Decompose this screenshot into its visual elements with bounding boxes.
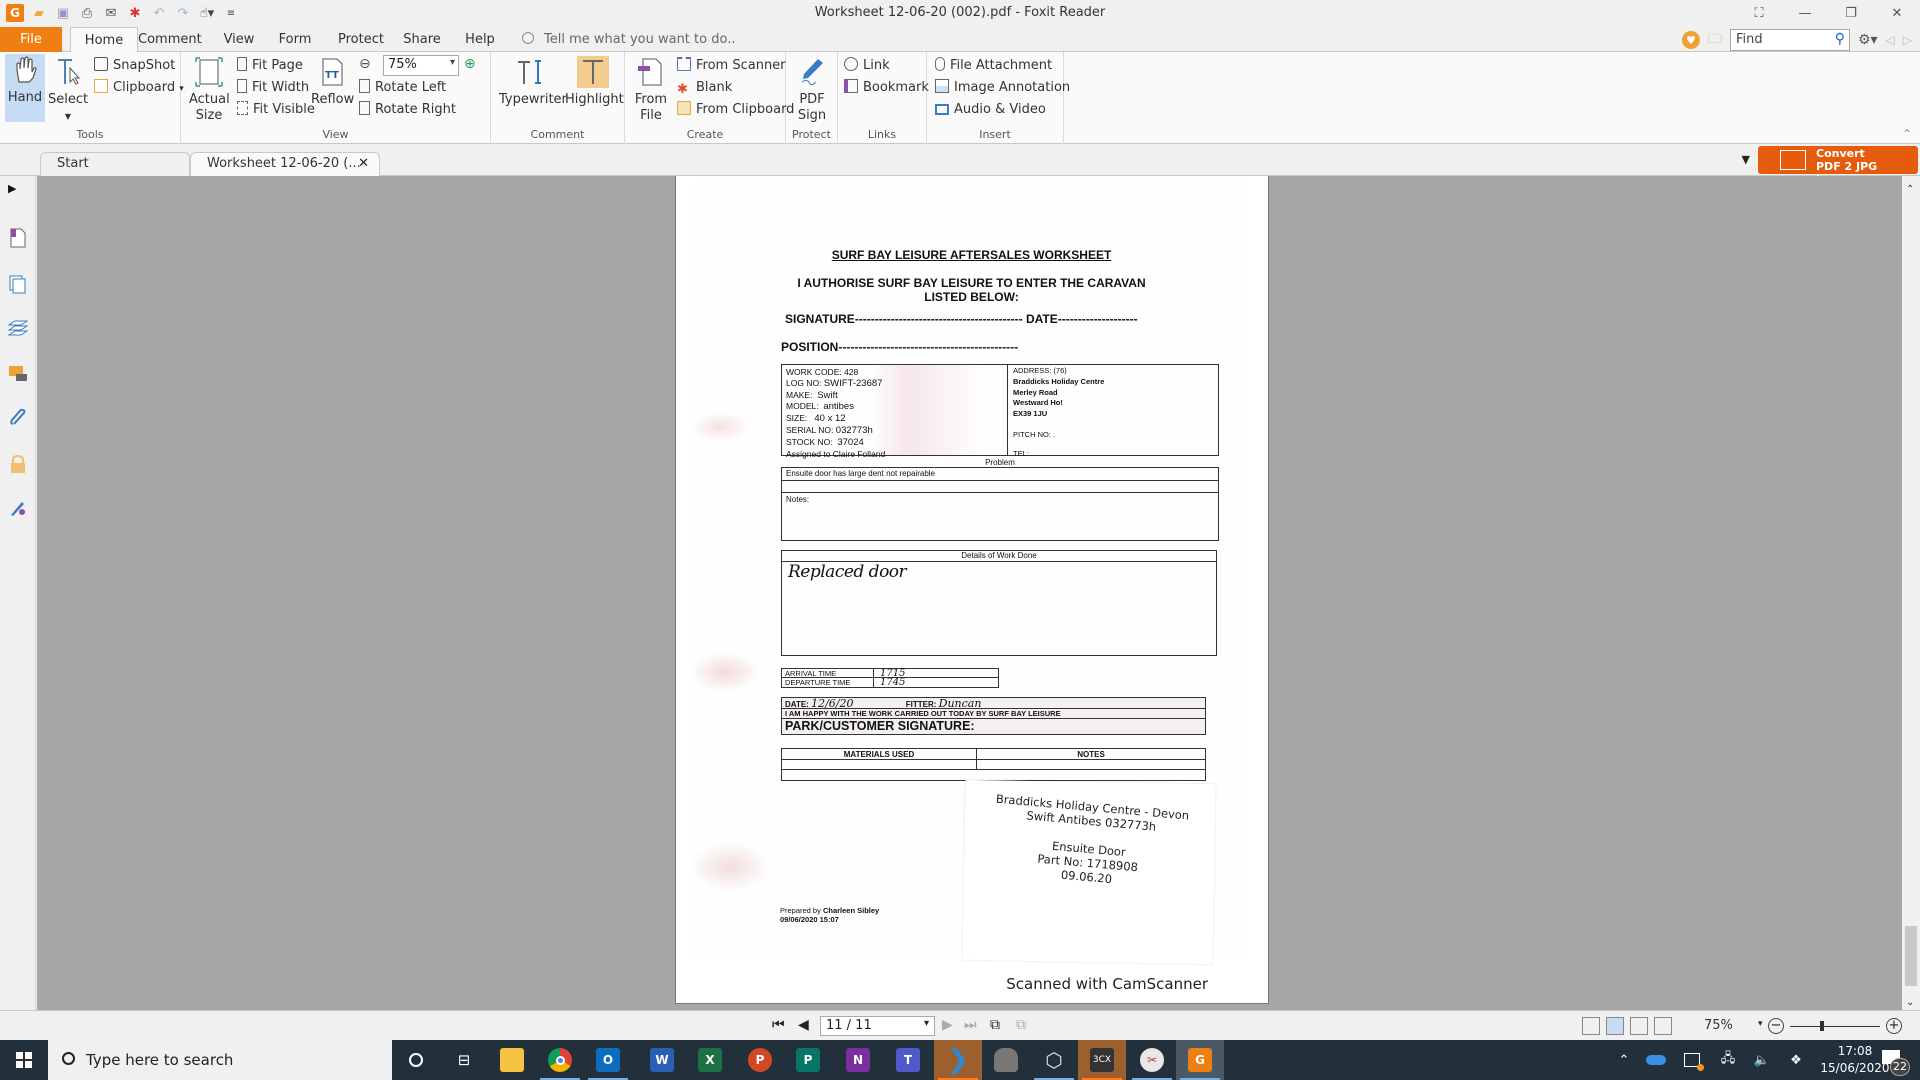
group-label-links: Links bbox=[838, 128, 926, 141]
zoom-dropdown-icon[interactable]: ▾ bbox=[1758, 1019, 1763, 1029]
tab-home[interactable]: Home bbox=[70, 27, 138, 53]
zoom-slider[interactable] bbox=[1790, 1026, 1880, 1027]
outlook-icon[interactable]: O bbox=[584, 1040, 632, 1080]
tab-worksheet-label: Worksheet 12-06-20 (... bbox=[207, 156, 361, 171]
lightbulb-icon bbox=[522, 32, 534, 44]
tell-me-search[interactable]: Tell me what you want to do.. bbox=[522, 27, 735, 52]
address-line: Westward Ho! bbox=[1013, 398, 1215, 409]
tab-start-label: Start bbox=[57, 156, 89, 171]
size: SIZE: 40 x 12 bbox=[786, 413, 1003, 425]
materials-header: MATERIALS USED bbox=[782, 749, 977, 759]
from-file-icon bbox=[635, 56, 667, 88]
group-label-insert: Insert bbox=[927, 128, 1063, 141]
hand-label: Hand bbox=[8, 90, 42, 105]
date-fitter-row: DATE: 12/6/20 FITTER: Duncan bbox=[782, 698, 1205, 709]
departure-value: 1745 bbox=[874, 678, 905, 687]
action-center-button[interactable]: 22 bbox=[1880, 1048, 1904, 1072]
fit-width-icon bbox=[237, 79, 247, 93]
typewriter-label: Typewriter bbox=[499, 92, 567, 107]
previous-view-icon[interactable]: ⧉ bbox=[990, 1017, 1000, 1033]
group-create: FromFile From Scanner ✱Blank From Clipbo… bbox=[625, 52, 786, 144]
sync-status-icon[interactable] bbox=[1676, 1040, 1708, 1080]
select-label: Select bbox=[48, 92, 88, 107]
departure-label: DEPARTURE TIME bbox=[782, 678, 874, 687]
zoom-in-icon[interactable]: ⊕ bbox=[464, 56, 476, 72]
rotate-left-label: Rotate Left bbox=[375, 80, 446, 95]
network-icon[interactable]: 🖧 bbox=[1712, 1040, 1744, 1080]
address-details: ADDRESS: (76) Braddicks Holiday Centre M… bbox=[1009, 365, 1219, 455]
tab-form[interactable]: Form bbox=[276, 27, 314, 52]
preparer-name: Charleen Sibley bbox=[823, 906, 879, 915]
from-clipboard-icon bbox=[677, 101, 691, 115]
window-title: Worksheet 12-06-20 (002).pdf - Foxit Rea… bbox=[0, 5, 1920, 20]
tab-comment[interactable]: Comment bbox=[138, 27, 200, 52]
film-icon bbox=[935, 104, 949, 115]
clipboard-label: Clipboard bbox=[113, 80, 175, 95]
blank-button[interactable]: ✱Blank bbox=[677, 78, 732, 98]
taskbar-search-placeholder: Type here to search bbox=[86, 1051, 233, 1069]
from-scanner-button[interactable]: From Scanner bbox=[677, 56, 786, 76]
address-label: ADDRESS: (76) bbox=[1013, 366, 1215, 377]
scroll-down-icon[interactable]: ⌄ bbox=[1906, 997, 1914, 1008]
log-no: LOG NO: SWIFT-23687 bbox=[786, 378, 1003, 390]
teams-icon[interactable]: T bbox=[884, 1040, 932, 1080]
bookmarks-icon[interactable] bbox=[8, 228, 28, 248]
group-protect: PDFSign Protect bbox=[786, 52, 838, 144]
from-file-button[interactable]: FromFile bbox=[631, 56, 671, 124]
file-attachment-button[interactable]: File Attachment bbox=[935, 56, 1052, 76]
group-label-create: Create bbox=[625, 128, 785, 141]
typewriter-button[interactable]: Typewriter bbox=[499, 56, 563, 108]
select-button[interactable]: Select▼ bbox=[48, 56, 88, 125]
group-label-comment: Comment bbox=[491, 128, 624, 141]
powerpoint-icon[interactable]: P bbox=[736, 1040, 784, 1080]
arrival-value: 1715 bbox=[874, 669, 905, 677]
foxit-reader-taskbar-icon[interactable]: G bbox=[1176, 1040, 1224, 1080]
pdf-sign-label-2: Sign bbox=[798, 108, 826, 123]
reflow-icon: TT bbox=[316, 56, 348, 88]
snapshot-button[interactable]: SnapShot bbox=[94, 56, 175, 76]
fit-page-label: Fit Page bbox=[252, 58, 303, 73]
stamp-app-icon[interactable] bbox=[982, 1040, 1030, 1080]
camera-icon bbox=[94, 57, 108, 71]
pdf-page: SURF BAY LEISURE AFTERSALES WORKSHEET I … bbox=[675, 176, 1269, 1004]
windows-taskbar: Type here to search ⊟ O W X P P N T ❯ ⬡ … bbox=[0, 1040, 1920, 1080]
next-page-icon[interactable]: ▶ bbox=[942, 1017, 953, 1033]
signatures-icon[interactable] bbox=[8, 498, 28, 518]
group-label-protect: Protect bbox=[786, 128, 837, 141]
bookmark-button[interactable]: Bookmark bbox=[844, 78, 929, 98]
word-icon[interactable]: W bbox=[638, 1040, 686, 1080]
ribbon-tab-row: File Home Comment View Form Protect Shar… bbox=[0, 27, 1920, 52]
security-lock-icon[interactable] bbox=[8, 454, 28, 474]
rotate-right-button[interactable]: Rotate Right bbox=[359, 100, 456, 120]
scroll-thumb[interactable] bbox=[1905, 926, 1917, 986]
taskbar-search[interactable]: Type here to search bbox=[48, 1040, 392, 1080]
scanner-icon bbox=[677, 57, 691, 71]
group-view: ActualSize Fit Page Fit Width Fit Visibl… bbox=[181, 52, 491, 144]
work-done-box: Details of Work Done Replaced door bbox=[781, 550, 1217, 656]
group-label-view: View bbox=[181, 128, 490, 141]
camscanner-watermark: Scanned with CamScanner bbox=[676, 975, 1208, 993]
audio-video-label: Audio & Video bbox=[954, 102, 1046, 117]
status-bar: ⏮ ◀ 11 / 11 ▶ ⏭ ⧉ ⧉ 75% ▾ − + bbox=[0, 1010, 1920, 1040]
single-page-view-icon[interactable] bbox=[1582, 1017, 1600, 1035]
scroll-up-icon[interactable]: ⌃ bbox=[1906, 184, 1914, 195]
tab-start[interactable]: Start bbox=[40, 152, 190, 176]
rotate-right-icon bbox=[359, 101, 370, 115]
zoom-level-select[interactable]: 75% bbox=[383, 55, 459, 76]
notes-header: NOTES bbox=[977, 749, 1205, 759]
link-button[interactable]: Link bbox=[844, 56, 890, 76]
3cx-icon[interactable]: 3CX bbox=[1078, 1040, 1126, 1080]
clipboard-icon bbox=[94, 79, 108, 93]
signature-date-line: SIGNATURE-------------------------------… bbox=[785, 312, 1138, 326]
previous-result-icon[interactable]: ◁ bbox=[1886, 33, 1895, 47]
hand-button[interactable]: Hand bbox=[5, 54, 45, 122]
tab-file[interactable]: File bbox=[0, 27, 62, 52]
tell-me-placeholder: Tell me what you want to do.. bbox=[544, 32, 735, 47]
next-result-icon[interactable]: ▷ bbox=[1903, 33, 1912, 47]
times-box: ARRIVAL TIME1715 DEPARTURE TIME1745 bbox=[781, 668, 999, 688]
from-file-label-2: File bbox=[640, 108, 662, 123]
model: MODEL: antibes bbox=[786, 401, 1003, 413]
snipping-tool-icon[interactable]: ✂ bbox=[1128, 1040, 1176, 1080]
document-tab-bar: Start Worksheet 12-06-20 (...✕ ▼ Convert… bbox=[0, 144, 1920, 176]
zoom-out-icon[interactable]: ⊖ bbox=[359, 56, 371, 72]
pages-icon[interactable] bbox=[8, 274, 28, 294]
restore-icon[interactable]: ❐ bbox=[1828, 0, 1874, 27]
rotate-right-label: Rotate Right bbox=[375, 102, 456, 117]
stock-no: STOCK NO: 37024 bbox=[786, 437, 1003, 449]
pdf-sign-label-1: PDF bbox=[799, 92, 824, 107]
fit-page-button[interactable]: Fit Page bbox=[235, 56, 303, 76]
document-viewer[interactable]: SURF BAY LEISURE AFTERSALES WORKSHEET I … bbox=[37, 176, 1902, 1010]
image-annotation-icon bbox=[935, 79, 949, 93]
notification-count-badge: 22 bbox=[1890, 1058, 1910, 1076]
pen-sign-icon bbox=[796, 56, 828, 88]
file-explorer-icon[interactable] bbox=[488, 1040, 536, 1080]
attachments-icon[interactable] bbox=[8, 408, 28, 428]
prepared-by: Prepared by Charleen Sibley 09/06/2020 1… bbox=[780, 906, 879, 924]
expand-panel-icon[interactable]: ▶ bbox=[8, 182, 28, 202]
highlight-label: Highlight bbox=[565, 92, 624, 107]
materials-table: MATERIALS USEDNOTES bbox=[781, 748, 1206, 781]
tab-help[interactable]: Help bbox=[464, 27, 496, 52]
authorise-line-1: I AUTHORISE SURF BAY LEISURE TO ENTER TH… bbox=[797, 276, 1145, 290]
group-insert: File Attachment Image Annotation Audio &… bbox=[927, 52, 1064, 144]
collapse-ribbon-icon[interactable]: ⌃ bbox=[1902, 127, 1912, 141]
fit-visible-label: Fit Visible bbox=[253, 102, 315, 117]
work-code: WORK CODE: 428 bbox=[786, 367, 1003, 378]
previous-page-icon[interactable]: ◀ bbox=[798, 1017, 809, 1033]
minimize-icon[interactable]: — bbox=[1782, 0, 1828, 27]
folder-search-icon[interactable]: 🗀 bbox=[1708, 28, 1722, 52]
caravan-details: WORK CODE: 428 LOG NO: SWIFT-23687 MAKE:… bbox=[782, 365, 1008, 455]
image-annotation-label: Image Annotation bbox=[954, 80, 1070, 95]
bookmark-label: Bookmark bbox=[863, 80, 929, 95]
address-line: Merley Road bbox=[1013, 388, 1215, 399]
show-hidden-icons-icon[interactable]: ⌃ bbox=[1612, 1040, 1636, 1080]
onedrive-icon[interactable] bbox=[1640, 1040, 1672, 1080]
from-clipboard-button[interactable]: From Clipboard bbox=[677, 100, 794, 120]
address-line: Braddicks Holiday Centre bbox=[1013, 377, 1215, 388]
link-label: Link bbox=[863, 58, 890, 73]
paperclip-icon bbox=[935, 57, 945, 71]
group-tools: Hand Select▼ SnapShot Clipboard ▾ Tools bbox=[0, 52, 181, 144]
convert-pdf-ad-button[interactable]: Convert PDF 2 JPG Images bbox=[1758, 146, 1918, 174]
bookmark-icon bbox=[844, 79, 858, 93]
pdf-sign-button[interactable]: PDFSign bbox=[790, 56, 834, 124]
scanned-worksheet: SURF BAY LEISURE AFTERSALES WORKSHEET I … bbox=[694, 182, 1249, 960]
page-number-value: 11 / 11 bbox=[826, 1018, 872, 1033]
comments-icon[interactable] bbox=[8, 364, 28, 384]
ad-line-1: Convert bbox=[1816, 147, 1865, 160]
satisfaction-statement: I AM HAPPY WITH THE WORK CARRIED OUT TOD… bbox=[782, 709, 1205, 719]
zoom-in-circle-icon[interactable]: + bbox=[1886, 1018, 1902, 1034]
problem-box: Ensuite door has large dent not repairab… bbox=[781, 467, 1219, 541]
audio-video-button[interactable]: Audio & Video bbox=[935, 100, 1046, 120]
hand-icon bbox=[9, 54, 41, 86]
navigation-panel: ▶ bbox=[0, 176, 36, 1010]
fit-visible-button[interactable]: Fit Visible bbox=[235, 100, 315, 120]
fit-page-icon bbox=[237, 57, 247, 71]
close-icon[interactable]: ✕ bbox=[1874, 0, 1920, 27]
prepared-datetime: 09/06/2020 15:07 bbox=[780, 915, 839, 924]
publisher-icon[interactable]: P bbox=[784, 1040, 832, 1080]
title-bar: G ▰ ▣ ⎙ ✉ ✱ ↶ ↷ ☝▾ ≡ Worksheet 12-06-20 … bbox=[0, 0, 1920, 27]
continuous-view-icon[interactable] bbox=[1606, 1017, 1624, 1035]
zoom-out-circle-icon[interactable]: − bbox=[1768, 1018, 1784, 1034]
actual-size-button[interactable]: ActualSize bbox=[189, 56, 229, 124]
actual-size-label-1: Actual bbox=[189, 92, 230, 107]
tab-protect[interactable]: Protect bbox=[334, 27, 388, 52]
find-input[interactable]: Find⚲ bbox=[1730, 29, 1850, 51]
file-attachment-label: File Attachment bbox=[950, 58, 1052, 73]
notes-label: Notes: bbox=[782, 493, 1218, 506]
position-line: POSITION--------------------------------… bbox=[781, 340, 1018, 354]
facing-view-icon[interactable] bbox=[1630, 1017, 1648, 1035]
caravan-info-box: WORK CODE: 428 LOG NO: SWIFT-23687 MAKE:… bbox=[781, 364, 1219, 456]
sign-off-box: DATE: 12/6/20 FITTER: Duncan I AM HAPPY … bbox=[781, 697, 1206, 735]
select-text-icon bbox=[52, 56, 84, 88]
pitch-no: PITCH NO: . bbox=[1013, 430, 1215, 441]
group-links: Link Bookmark Links bbox=[838, 52, 927, 144]
rotate-left-button[interactable]: Rotate Left bbox=[359, 78, 446, 98]
excel-icon[interactable]: X bbox=[686, 1040, 734, 1080]
tab-list-dropdown-icon[interactable]: ▼ bbox=[1742, 153, 1750, 166]
volume-icon[interactable]: 🔈 bbox=[1746, 1040, 1778, 1080]
highlight-button[interactable]: Highlight bbox=[565, 56, 621, 108]
continuous-facing-view-icon[interactable] bbox=[1654, 1017, 1672, 1035]
status-zoom-value[interactable]: 75% bbox=[1704, 1018, 1733, 1033]
layers-icon[interactable] bbox=[8, 318, 28, 338]
fit-width-label: Fit Width bbox=[252, 80, 309, 95]
customer-signature-label: PARK/CUSTOMER SIGNATURE: bbox=[782, 719, 1205, 734]
work-done-label: Details of Work Done bbox=[782, 551, 1216, 562]
select-dropdown-icon: ▼ bbox=[65, 112, 71, 121]
part-label-card: Braddicks Holiday Centre - Devon Swift A… bbox=[962, 780, 1215, 964]
snapshot-label: SnapShot bbox=[113, 58, 175, 73]
work-done-handwriting: Replaced door bbox=[782, 562, 1216, 582]
fullscreen-icon[interactable]: ⛶ bbox=[1736, 0, 1782, 27]
onenote-icon[interactable]: N bbox=[834, 1040, 882, 1080]
task-view-icon[interactable]: ⊟ bbox=[440, 1040, 488, 1080]
image-annotation-button[interactable]: Image Annotation bbox=[935, 78, 1070, 98]
tab-view[interactable]: View bbox=[214, 27, 264, 52]
settings-gear-icon[interactable]: ⚙▾ bbox=[1858, 32, 1878, 48]
fit-visible-icon bbox=[237, 101, 248, 115]
group-comment: Typewriter Highlight Comment bbox=[491, 52, 625, 144]
problem-text: Ensuite door has large dent not repairab… bbox=[782, 468, 1218, 481]
from-clipboard-label: From Clipboard bbox=[696, 102, 794, 117]
svg-text:TT: TT bbox=[325, 70, 339, 81]
serial-no: SERIAL NO: 032773h bbox=[786, 425, 1003, 437]
virtualbox-icon[interactable]: ⬡ bbox=[1030, 1040, 1078, 1080]
zoom-slider-knob[interactable] bbox=[1820, 1021, 1824, 1031]
start-button[interactable] bbox=[0, 1040, 48, 1080]
windows-logo-icon bbox=[16, 1052, 32, 1068]
group-label-tools: Tools bbox=[0, 128, 180, 141]
chrome-icon[interactable] bbox=[536, 1040, 584, 1080]
arrival-label: ARRIVAL TIME bbox=[782, 669, 874, 677]
from-scanner-label: From Scanner bbox=[696, 58, 786, 73]
actual-size-icon bbox=[193, 56, 225, 88]
arrow-app-icon[interactable]: ❯ bbox=[934, 1040, 982, 1080]
blank-page-icon: ✱ bbox=[677, 83, 691, 97]
make: MAKE: Swift bbox=[786, 390, 1003, 402]
next-view-icon[interactable]: ⧉ bbox=[1016, 1017, 1026, 1033]
tab-share[interactable]: Share bbox=[402, 27, 442, 52]
clipboard-button[interactable]: Clipboard ▾ bbox=[94, 78, 184, 98]
vertical-scrollbar[interactable]: ⌃ ⌄ bbox=[1902, 176, 1920, 1010]
highlight-icon bbox=[577, 56, 609, 88]
from-file-label-1: From bbox=[635, 92, 667, 107]
close-tab-icon[interactable]: ✕ bbox=[358, 153, 369, 175]
search-icon[interactable]: ⚲ bbox=[1835, 31, 1845, 47]
dropbox-icon[interactable]: ❖ bbox=[1780, 1040, 1812, 1080]
ribbon: Hand Select▼ SnapShot Clipboard ▾ Tools … bbox=[0, 52, 1920, 144]
tab-worksheet[interactable]: Worksheet 12-06-20 (...✕ bbox=[190, 152, 380, 176]
reflow-label: Reflow bbox=[311, 92, 354, 107]
pdf-image-icon bbox=[1780, 150, 1806, 170]
blank-label: Blank bbox=[696, 80, 732, 95]
first-page-icon[interactable]: ⏮ bbox=[772, 1017, 785, 1033]
page-number-select[interactable]: 11 / 11 bbox=[820, 1016, 935, 1036]
authorisation-statement: I AUTHORISE SURF BAY LEISURE TO ENTER TH… bbox=[694, 276, 1249, 304]
address-line: EX39 1JU bbox=[1013, 409, 1215, 420]
rotate-left-icon bbox=[359, 79, 370, 93]
fit-width-button[interactable]: Fit Width bbox=[235, 78, 309, 98]
find-placeholder: Find bbox=[1736, 32, 1763, 47]
typewriter-icon bbox=[515, 56, 547, 88]
authorise-line-2: LISTED BELOW: bbox=[924, 290, 1018, 304]
reflow-button[interactable]: TT Reflow bbox=[311, 56, 353, 108]
cortana-icon[interactable] bbox=[392, 1040, 440, 1080]
actual-size-label-2: Size bbox=[196, 108, 223, 123]
problem-label: Problem bbox=[781, 458, 1219, 467]
worksheet-title: SURF BAY LEISURE AFTERSALES WORKSHEET bbox=[694, 248, 1249, 262]
zoom-level-value: 75% bbox=[388, 57, 417, 72]
heart-icon[interactable]: ♥ bbox=[1682, 31, 1700, 49]
last-page-icon[interactable]: ⏭ bbox=[964, 1017, 977, 1033]
search-icon bbox=[62, 1052, 75, 1065]
globe-link-icon bbox=[844, 57, 858, 71]
